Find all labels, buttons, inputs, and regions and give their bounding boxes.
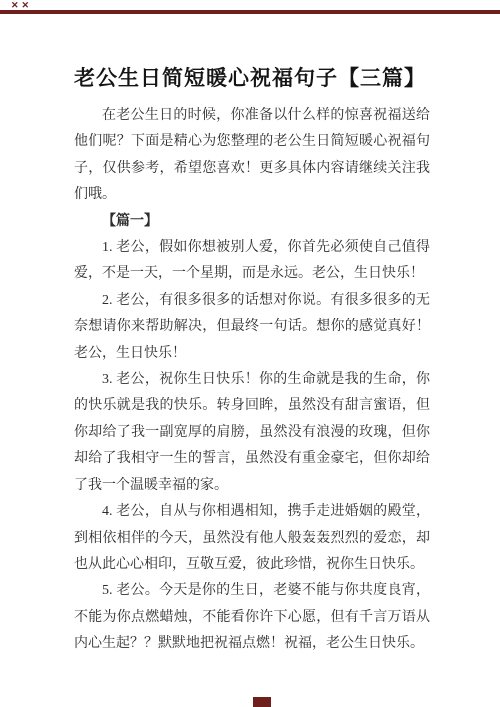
bottom-page-marker xyxy=(253,697,271,707)
intro-paragraph: 在老公生日的时候，你准备以什么样的惊喜祝福送给他们呢？下面是精心为您整理的老公生… xyxy=(74,103,430,209)
top-divider-bar xyxy=(0,10,500,14)
top-left-cross-marks: ✕✕ xyxy=(11,0,32,10)
document-page: ✕✕ 老公生日简短暖心祝福句子【三篇】 在老公生日的时候，你准备以什么样的惊喜祝… xyxy=(0,0,500,707)
list-item-2: 2. 老公，有很多很多的话想对你说。有很多很多的无奈想请你来帮助解决，但最终一句… xyxy=(74,288,430,367)
list-item-5: 5. 老公。今天是你的生日，老婆不能与你共度良宵，不能为你点燃蜡烛，不能看你许下… xyxy=(74,578,430,657)
page-title: 老公生日简短暖心祝福句子【三篇】 xyxy=(20,63,480,94)
section-heading: 【篇一】 xyxy=(74,209,430,235)
list-item-1: 1. 老公，假如你想被别人爱，你首先必须使自己值得爱，不是一天，一个星期，而是永… xyxy=(74,235,430,288)
list-item-4: 4. 老公，自从与你相遇相知，携手走进婚姻的殿堂，到相依相伴的今天，虽然没有他人… xyxy=(74,499,430,578)
list-item-3: 3. 老公，祝你生日快乐！你的生命就是我的生命，你的快乐就是我的快乐。转身回眸，… xyxy=(74,367,430,499)
document-body: 在老公生日的时候，你准备以什么样的惊喜祝福送给他们呢？下面是精心为您整理的老公生… xyxy=(74,103,430,658)
